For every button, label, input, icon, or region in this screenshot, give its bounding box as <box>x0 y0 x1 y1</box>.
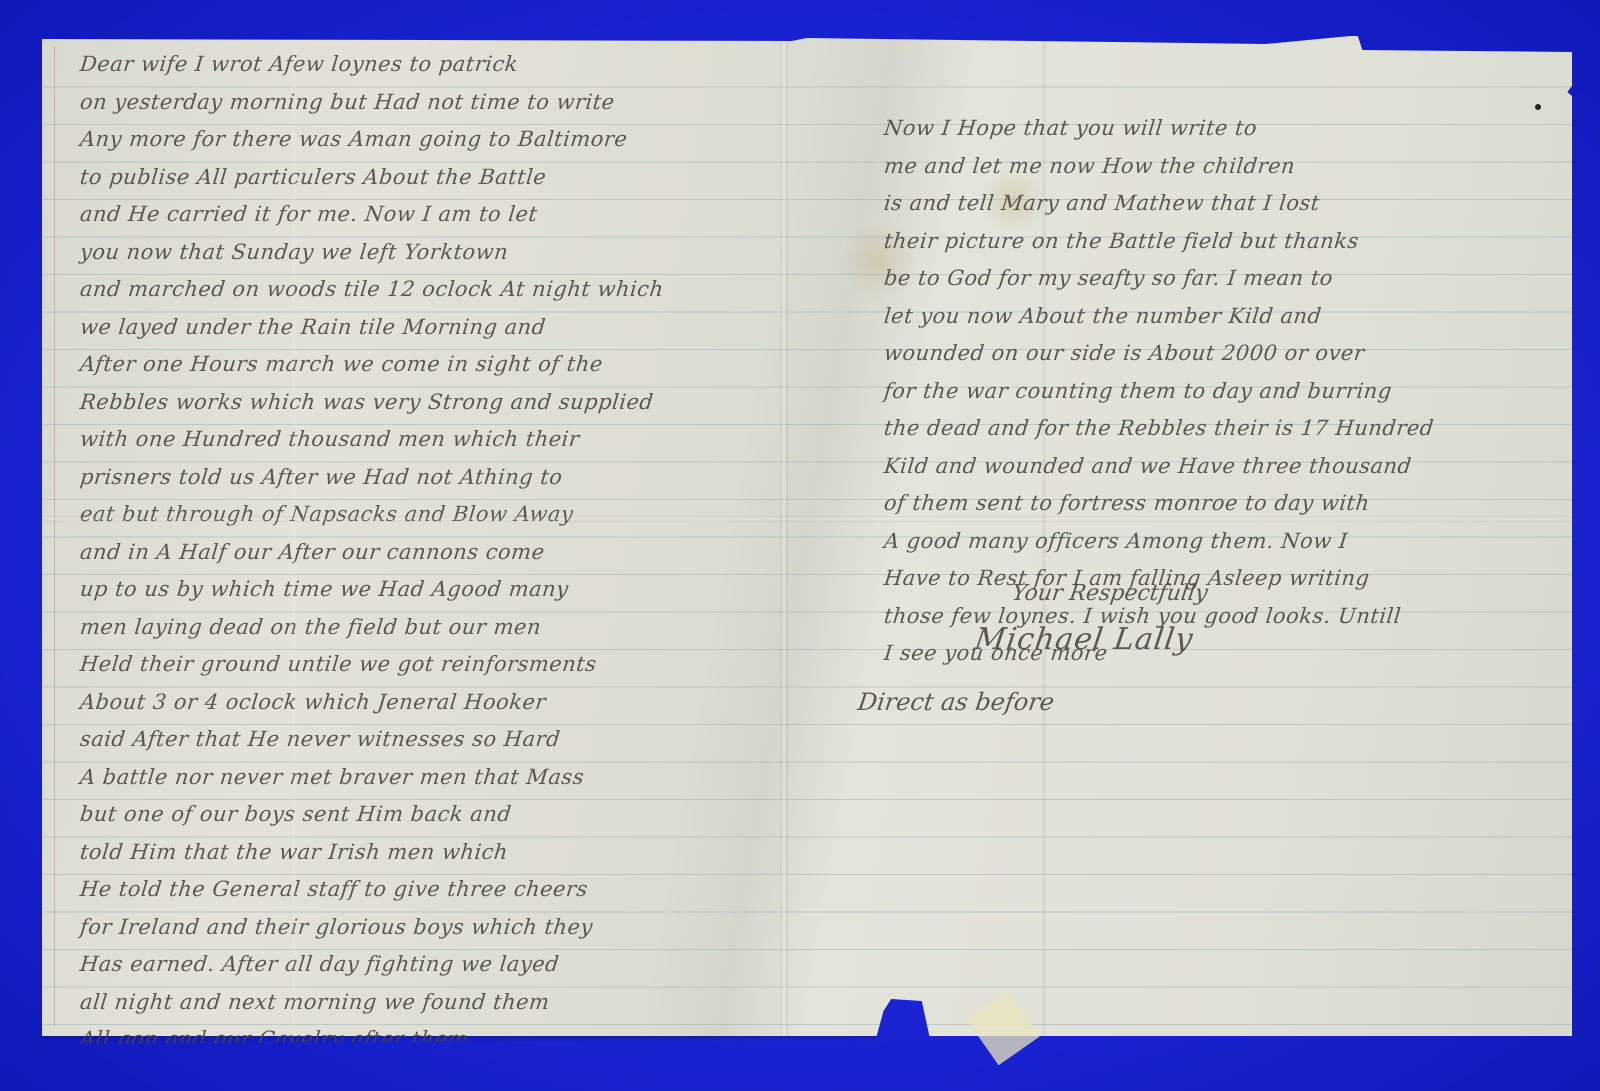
valediction: Your Respectfully <box>1010 581 1209 606</box>
text-line: all night and next morning we found them <box>78 984 665 1022</box>
text-line: for the war counting them to day and bur… <box>882 373 1436 411</box>
text-line: and marched on woods tile 12 oclock At n… <box>78 271 665 309</box>
text-line: up to us by which time we Had Agood many <box>78 571 665 609</box>
text-line: me and let me now How the children <box>882 148 1436 186</box>
text-line: Any more for there was Aman going to Bal… <box>78 121 665 159</box>
signature: Michael Lally <box>973 622 1196 657</box>
text-line: All gon and our Cavelry after them <box>78 1021 665 1059</box>
text-line: we layed under the Rain tile Morning and <box>78 309 665 347</box>
vertical-fold <box>1042 36 1046 1036</box>
text-line: be to God for my seafty so far. I mean t… <box>882 260 1436 298</box>
text-line: said After that He never witnesses so Ha… <box>78 721 665 759</box>
text-line: About 3 or 4 oclock which Jeneral Hooker <box>78 684 665 722</box>
letter-sheet: Dear wife I wrot Afew loynes to patrick … <box>42 36 1572 1036</box>
text-line: He told the General staff to give three … <box>78 871 665 909</box>
text-line: on yesterday morning but Had not time to… <box>78 84 665 122</box>
postscript: Direct as before <box>856 688 1056 716</box>
text-line: Now I Hope that you will write to <box>882 110 1436 148</box>
text-line: eat but through of Napsacks and Blow Awa… <box>78 496 665 534</box>
text-line: Dear wife I wrot Afew loynes to patrick <box>78 46 665 84</box>
text-line: told Him that the war Irish men which <box>78 834 665 872</box>
text-line: Kild and wounded and we Have three thous… <box>882 448 1436 486</box>
horizontal-fold <box>42 516 1572 522</box>
text-line: A good many officers Among them. Now I <box>882 523 1436 561</box>
text-line: prisners told us After we Had not Athing… <box>78 459 665 497</box>
text-line: with one Hundred thousand men which thei… <box>78 421 665 459</box>
text-line: Has earned. After all day fighting we la… <box>78 946 665 984</box>
text-line: the dead and for the Rebbles their is 17… <box>882 410 1436 448</box>
text-line: Rebbles works which was very Strong and … <box>78 384 665 422</box>
text-line: and He carried it for me. Now I am to le… <box>78 196 665 234</box>
left-page: Dear wife I wrot Afew loynes to patrick … <box>42 36 784 1036</box>
paper-hole <box>1535 104 1541 110</box>
text-line: men laying dead on the field but our men <box>78 609 665 647</box>
vertical-fold <box>292 36 296 1036</box>
text-line: but one of our boys sent Him back and <box>78 796 665 834</box>
text-line: and in A Half our After our cannons come <box>78 534 665 572</box>
text-line: is and tell Mary and Mathew that I lost <box>882 185 1436 223</box>
text-line: to publise All particulers About the Bat… <box>78 159 665 197</box>
text-line: Held their ground untile we got reinfors… <box>78 646 665 684</box>
left-page-text: Dear wife I wrot Afew loynes to patrick … <box>80 46 664 1059</box>
text-line: their picture on the Battle field but th… <box>882 223 1436 261</box>
margin-line <box>54 46 55 1026</box>
text-line: for Ireland and their glorious boys whic… <box>78 909 665 947</box>
right-page: Now I Hope that you will write to me and… <box>784 36 1572 1036</box>
center-fold <box>780 36 788 1036</box>
text-line: wounded on our side is About 2000 or ove… <box>882 335 1436 373</box>
text-line: you now that Sunday we left Yorktown <box>78 234 665 272</box>
text-line: After one Hours march we come in sight o… <box>78 346 665 384</box>
text-line: A battle nor never met braver men that M… <box>78 759 665 797</box>
text-line: let you now About the number Kild and <box>882 298 1436 336</box>
